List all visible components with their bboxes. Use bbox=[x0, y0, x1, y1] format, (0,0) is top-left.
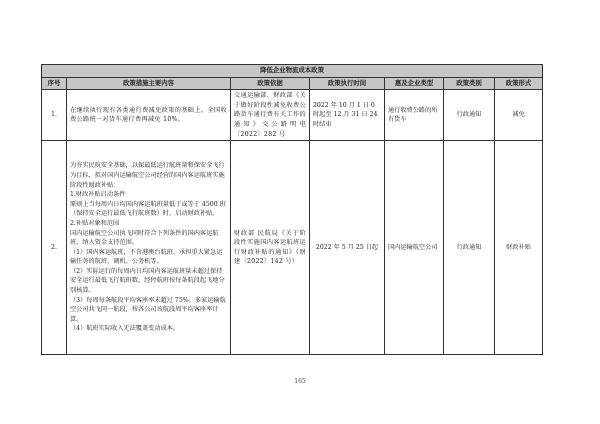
row-basis: 财政部 民航局《关于阶段性实施国内客运航班运行财政补贴的通知》（财建〔2022〕… bbox=[231, 141, 310, 355]
measure-paragraph: （3）每周每条航段平均客座率未超过 75%。多家运输航空公司共飞同一航段，按各公… bbox=[70, 296, 227, 325]
header-beneficiary: 惠及企业类型 bbox=[385, 77, 444, 90]
row-form: 减免 bbox=[495, 90, 543, 141]
header-period: 政策执行时间 bbox=[310, 77, 385, 90]
measure-paragraph: 为夯实民航安全基础，以保最低运行航班量和保安全飞行为目标，拟对国内运输航空公司经… bbox=[70, 161, 227, 190]
table-title-row: 降低企业物流成本政策 bbox=[42, 65, 543, 78]
row-category: 行政通知 bbox=[444, 90, 495, 141]
row-beneficiary: 国内运输航空公司 bbox=[385, 141, 444, 355]
table-row: 1. 在继续执行现有各类通行费减免政策的基础上，全国收费公路统一对货车通行费再减… bbox=[42, 90, 543, 141]
row-index: 1. bbox=[42, 90, 67, 141]
measure-paragraph: （1）国内客运航班，不含港澳台航班、承担重大紧急运输任务的航班、调机、公务机等。 bbox=[70, 248, 227, 267]
measure-paragraph: 国内运输航空公司执飞同时符合下列条件的国内客运航班，纳入资金支持范围。 bbox=[70, 229, 227, 248]
row-measure: 在继续执行现有各类通行费减免政策的基础上，全国收费公路统一对货车通行费再减免 1… bbox=[67, 90, 231, 141]
measure-paragraph: 在继续执行现有各类通行费减免政策的基础上，全国收费公路统一对货车通行费再减免 1… bbox=[70, 106, 227, 125]
header-form: 政策形式 bbox=[495, 77, 543, 90]
row-form: 财政补贴 bbox=[495, 141, 543, 355]
header-basis: 政策依据 bbox=[231, 77, 310, 90]
measure-paragraph: 2.补贴对象和范围 bbox=[70, 219, 227, 229]
table-title: 降低企业物流成本政策 bbox=[42, 65, 543, 78]
measure-paragraph: （4）航班实际收入无法覆盖变动成本。 bbox=[70, 324, 227, 334]
header-measure: 政策措施主要内容 bbox=[67, 77, 231, 90]
header-category: 政策类别 bbox=[444, 77, 495, 90]
row-period: 2022 年 10 月 1 日 0 时起至 12 月 31 日 24 时结束 bbox=[310, 90, 385, 141]
table-header-row: 序号 政策措施主要内容 政策依据 政策执行时间 惠及企业类型 政策类别 政策形式 bbox=[42, 77, 543, 90]
measure-paragraph: 1.财政补贴启动条件 bbox=[70, 190, 227, 200]
row-basis: 交通运输部、财政部《关于做好阶段性减免收费公路货车通行费有关工作的通知》交公路明… bbox=[231, 90, 310, 141]
row-index: 2. bbox=[42, 141, 67, 355]
document-page: 降低企业物流成本政策 序号 政策措施主要内容 政策依据 政策执行时间 惠及企业类… bbox=[0, 0, 600, 424]
page-number: 165 bbox=[0, 378, 600, 385]
row-period: 2022 年 5 月 25 日起 bbox=[310, 141, 385, 355]
policy-table: 降低企业物流成本政策 序号 政策措施主要内容 政策依据 政策执行时间 惠及企业类… bbox=[41, 64, 543, 355]
row-beneficiary: 通行收费公路的所有货车 bbox=[385, 90, 444, 141]
header-index: 序号 bbox=[42, 77, 67, 90]
row-category: 行政通知 bbox=[444, 141, 495, 355]
table-row: 2. 为夯实民航安全基础，以保最低运行航班量和保安全飞行为目标，拟对国内运输航空… bbox=[42, 141, 543, 355]
row-measure: 为夯实民航安全基础，以保最低运行航班量和保安全飞行为目标，拟对国内运输航空公司经… bbox=[67, 141, 231, 355]
measure-paragraph: 原则上当每周内日均国内客运航班量低于或等于 4500 班（保持安全运行最低飞行航… bbox=[70, 200, 227, 219]
measure-paragraph: （2）实际运行的每周内日均国内客运航班量未超过保持安全运行最低飞行航班数，经停航… bbox=[70, 267, 227, 296]
